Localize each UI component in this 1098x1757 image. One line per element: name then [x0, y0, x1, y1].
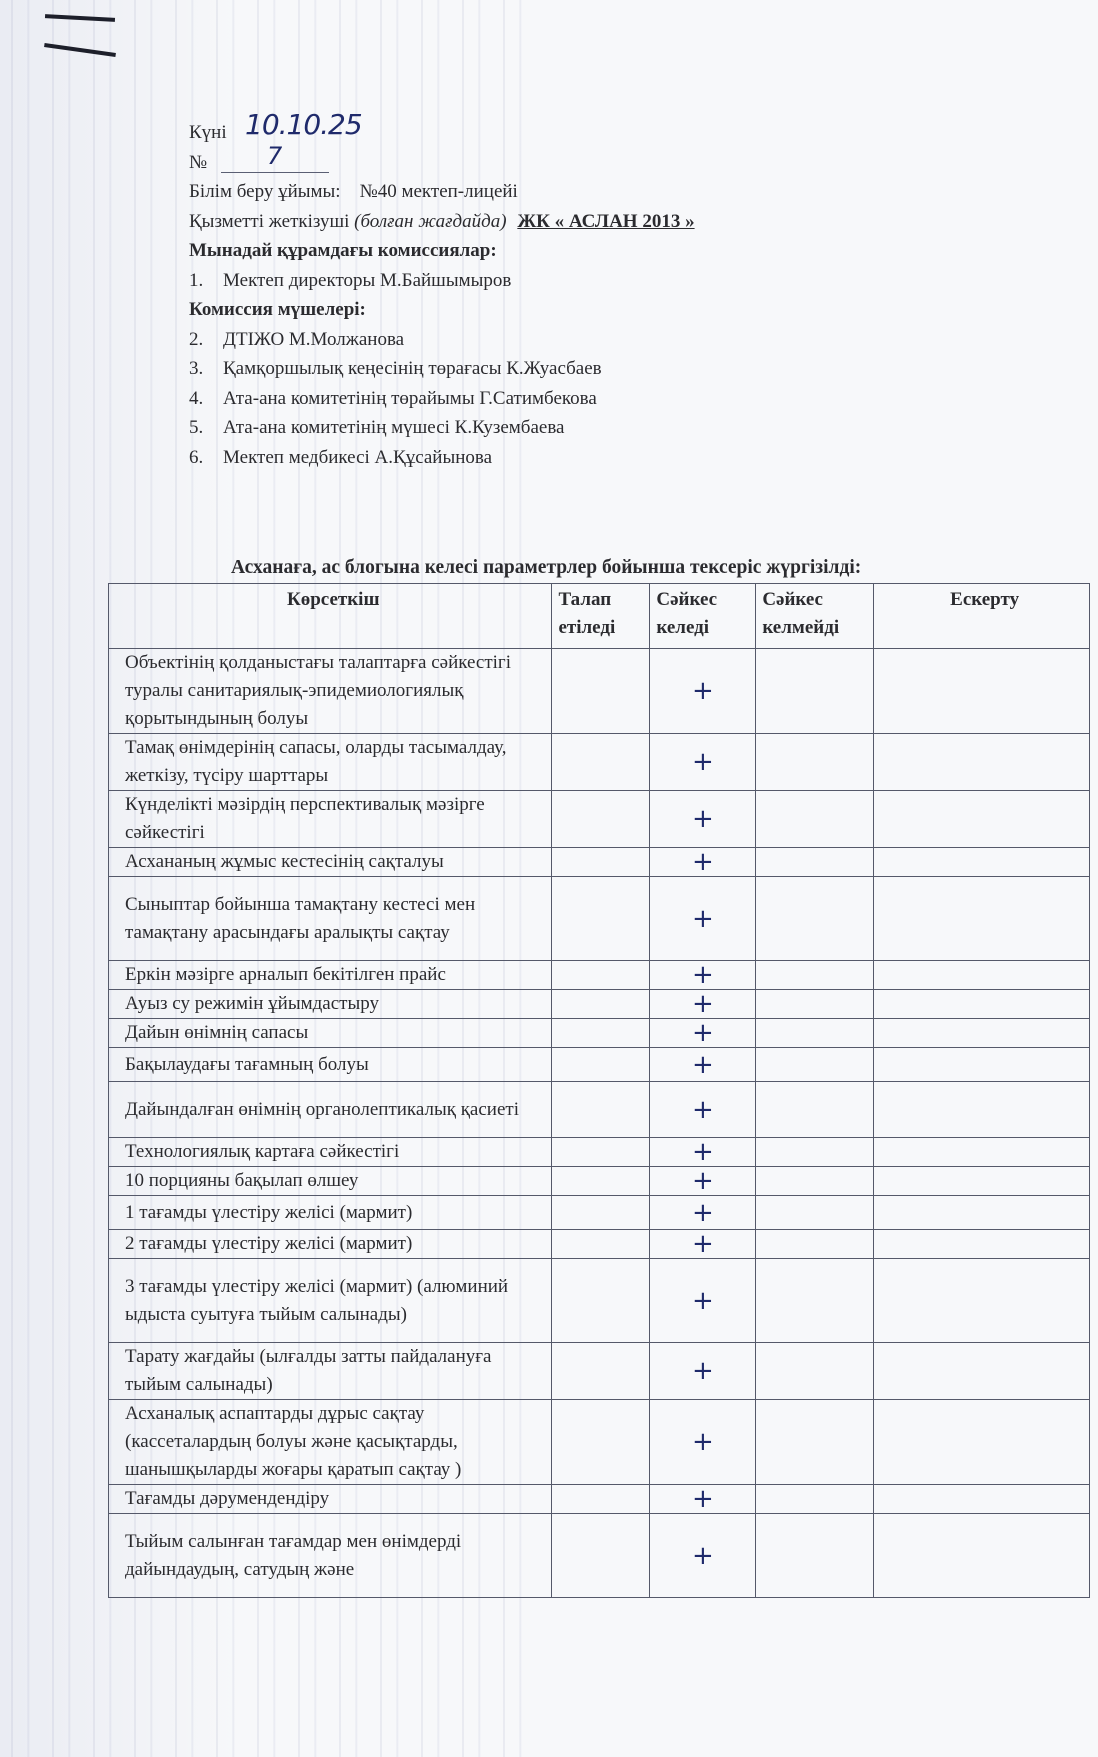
indicator-cell: Асханалық аспаптарды дұрыс сақтау (кассе… [109, 1400, 552, 1485]
required-cell [552, 649, 650, 734]
compliant-cell: + [650, 1196, 756, 1230]
compliant-cell: + [650, 1230, 756, 1259]
compliant-cell: + [650, 1514, 756, 1598]
required-cell [552, 1485, 650, 1514]
item-number: 3. [189, 354, 223, 384]
table-row: Тыйым салынған тағамдар мен өнімдерді да… [109, 1514, 1090, 1598]
table-row: Күнделікті мәзірдің перспективалық мәзір… [109, 791, 1090, 848]
staple-mark [45, 14, 115, 22]
indicator-cell: 10 порцияны бақылап өлшеу [109, 1167, 552, 1196]
table-row: Дайын өнімнің сапасы+ [109, 1019, 1090, 1048]
note-cell [874, 1019, 1090, 1048]
note-cell [874, 961, 1090, 990]
noncompliant-cell [756, 791, 874, 848]
required-cell [552, 961, 650, 990]
date-label: Күні [189, 122, 227, 143]
compliant-cell: + [650, 1400, 756, 1485]
noncompliant-cell [756, 1259, 874, 1343]
chair-item: 1.Мектеп директоры М.Байшымыров [189, 266, 989, 296]
indicator-cell: Дайын өнімнің сапасы [109, 1019, 552, 1048]
inspection-table: Көрсеткіш Талап етіледі Сәйкес келеді Сә… [108, 583, 1090, 1598]
table-row: 3 тағамды үлестіру желісі (мармит) (алюм… [109, 1259, 1090, 1343]
compliant-cell: + [650, 1019, 756, 1048]
members-heading: Комиссия мүшелері: [189, 295, 989, 325]
compliant-cell: + [650, 1259, 756, 1343]
compliant-cell: + [650, 649, 756, 734]
note-cell [874, 1196, 1090, 1230]
noncompliant-cell [756, 1343, 874, 1400]
date-line: Күні 10.10.25 [189, 118, 989, 148]
note-cell [874, 848, 1090, 877]
required-cell [552, 1019, 650, 1048]
compliant-cell: + [650, 990, 756, 1019]
table-title: Асханаға, ас блогына келесі параметрлер … [231, 557, 861, 579]
item-text: ДТІЖО М.Молжанова [223, 329, 404, 350]
number-underline [221, 172, 329, 173]
indicator-cell: Ауыз су режимін ұйымдастыру [109, 990, 552, 1019]
table-row: Ауыз су режимін ұйымдастыру+ [109, 990, 1090, 1019]
indicator-cell: Тарату жағдайы (ылғалды затты пайдалануғ… [109, 1343, 552, 1400]
item-number: 4. [189, 384, 223, 414]
member-item: 6.Мектеп медбикесі А.Құсайынова [189, 443, 989, 473]
noncompliant-cell [756, 1138, 874, 1167]
noncompliant-cell [756, 1230, 874, 1259]
table-row: Объектінің қолданыстағы талаптарға сәйке… [109, 649, 1090, 734]
column-header-required: Талап етіледі [552, 584, 650, 649]
table-row: Дайындалған өнімнің органолептикалық қас… [109, 1082, 1090, 1138]
indicator-cell: Сыныптар бойынша тамақтану кестесі мен т… [109, 877, 552, 961]
compliant-cell: + [650, 791, 756, 848]
note-cell [874, 990, 1090, 1019]
table-row: Асхананың жұмыс кестесінің сақталуы+ [109, 848, 1090, 877]
noncompliant-cell [756, 1485, 874, 1514]
item-number: 6. [189, 443, 223, 473]
organization-line: Білім беру ұйымы: №40 мектеп-лицейі [189, 177, 989, 207]
required-cell [552, 1514, 650, 1598]
note-cell [874, 1400, 1090, 1485]
table-row: Еркін мәзірге арналып бекітілген прайс+ [109, 961, 1090, 990]
number-value: 7 [267, 142, 281, 172]
member-item: 3.Қамқоршылық кеңесінің төрағасы К.Жуасб… [189, 354, 989, 384]
compliant-cell: + [650, 1167, 756, 1196]
required-cell [552, 1259, 650, 1343]
note-cell [874, 1343, 1090, 1400]
item-text: Қамқоршылық кеңесінің төрағасы К.Жуасбае… [223, 358, 602, 379]
commission-heading: Мынадай құрамдағы комиссиялар: [189, 236, 989, 266]
item-number: 5. [189, 413, 223, 443]
organization-value: №40 мектеп-лицейі [360, 181, 518, 202]
table-header-row: Көрсеткіш Талап етіледі Сәйкес келеді Сә… [109, 584, 1090, 649]
provider-note: (болған жағдайда) [354, 211, 506, 232]
indicator-cell: Дайындалған өнімнің органолептикалық қас… [109, 1082, 552, 1138]
indicator-cell: Еркін мәзірге арналып бекітілген прайс [109, 961, 552, 990]
noncompliant-cell [756, 990, 874, 1019]
column-header-indicator: Көрсеткіш [109, 584, 552, 649]
required-cell [552, 1167, 650, 1196]
noncompliant-cell [756, 1082, 874, 1138]
note-cell [874, 1259, 1090, 1343]
noncompliant-cell [756, 1048, 874, 1082]
column-header-note: Ескерту [874, 584, 1090, 649]
noncompliant-cell [756, 1400, 874, 1485]
required-cell [552, 1400, 650, 1485]
provider-line: Қызметті жеткізуші (болған жағдайда) ЖК … [189, 207, 989, 237]
required-cell [552, 1196, 650, 1230]
provider-label: Қызметті жеткізуші [189, 211, 349, 232]
table-row: Технологиялық картаға сәйкестігі+ [109, 1138, 1090, 1167]
item-number: 2. [189, 325, 223, 355]
item-text: Мектеп директоры М.Байшымыров [223, 270, 511, 291]
table-row: Бақылаудағы тағамның болуы+ [109, 1048, 1090, 1082]
note-cell [874, 1167, 1090, 1196]
number-label: № [189, 152, 207, 173]
required-cell [552, 877, 650, 961]
required-cell [552, 734, 650, 791]
required-cell [552, 1343, 650, 1400]
indicator-cell: Технологиялық картаға сәйкестігі [109, 1138, 552, 1167]
noncompliant-cell [756, 1514, 874, 1598]
member-item: 5.Ата-ана комитетінің мүшесі К.Кузембаев… [189, 413, 989, 443]
compliant-cell: + [650, 961, 756, 990]
table-row: 2 тағамды үлестіру желісі (мармит)+ [109, 1230, 1090, 1259]
indicator-cell: Асхананың жұмыс кестесінің сақталуы [109, 848, 552, 877]
indicator-cell: 2 тағамды үлестіру желісі (мармит) [109, 1230, 552, 1259]
note-cell [874, 1230, 1090, 1259]
table-row: Асханалық аспаптарды дұрыс сақтау (кассе… [109, 1400, 1090, 1485]
indicator-cell: 1 тағамды үлестіру желісі (мармит) [109, 1196, 552, 1230]
organization-label: Білім беру ұйымы: [189, 181, 341, 202]
note-cell [874, 877, 1090, 961]
indicator-cell: Тағамды дәрумендендіру [109, 1485, 552, 1514]
column-header-noncompliant: Сәйкес келмейді [756, 584, 874, 649]
note-cell [874, 734, 1090, 791]
compliant-cell: + [650, 877, 756, 961]
noncompliant-cell [756, 1196, 874, 1230]
item-text: Ата-ана комитетінің төрайымы Г.Сатимбеко… [223, 388, 597, 409]
noncompliant-cell [756, 649, 874, 734]
table-row: Тағамды дәрумендендіру+ [109, 1485, 1090, 1514]
required-cell [552, 848, 650, 877]
noncompliant-cell [756, 1019, 874, 1048]
column-header-compliant: Сәйкес келеді [650, 584, 756, 649]
compliant-cell: + [650, 848, 756, 877]
indicator-cell: Тыйым салынған тағамдар мен өнімдерді да… [109, 1514, 552, 1598]
noncompliant-cell [756, 734, 874, 791]
note-cell [874, 1514, 1090, 1598]
table-row: Тамақ өнімдерінің сапасы, оларды тасымал… [109, 734, 1090, 791]
indicator-cell: Тамақ өнімдерінің сапасы, оларды тасымал… [109, 734, 552, 791]
provider-value: ЖК « АСЛАН 2013 » [517, 211, 694, 232]
indicator-cell: Күнделікті мәзірдің перспективалық мәзір… [109, 791, 552, 848]
required-cell [552, 1048, 650, 1082]
table-row: 10 порцияны бақылап өлшеу+ [109, 1167, 1090, 1196]
members-list: 2.ДТІЖО М.Молжанова3.Қамқоршылық кеңесін… [189, 325, 989, 473]
compliant-cell: + [650, 1343, 756, 1400]
compliant-cell: + [650, 1485, 756, 1514]
table-row: Сыныптар бойынша тамақтану кестесі мен т… [109, 877, 1090, 961]
document-header: Күні 10.10.25 № 7 Білім беру ұйымы: №40 … [189, 118, 989, 472]
required-cell [552, 1082, 650, 1138]
noncompliant-cell [756, 848, 874, 877]
item-number: 1. [189, 266, 223, 296]
date-value: 10.10.25 [245, 110, 362, 140]
note-cell [874, 1485, 1090, 1514]
table-row: Тарату жағдайы (ылғалды затты пайдалануғ… [109, 1343, 1090, 1400]
note-cell [874, 1082, 1090, 1138]
noncompliant-cell [756, 1167, 874, 1196]
indicator-cell: 3 тағамды үлестіру желісі (мармит) (алюм… [109, 1259, 552, 1343]
number-line: № 7 [189, 148, 989, 178]
noncompliant-cell [756, 961, 874, 990]
required-cell [552, 990, 650, 1019]
note-cell [874, 649, 1090, 734]
staple-mark [44, 43, 116, 57]
compliant-cell: + [650, 1082, 756, 1138]
noncompliant-cell [756, 877, 874, 961]
table-row: 1 тағамды үлестіру желісі (мармит)+ [109, 1196, 1090, 1230]
indicator-cell: Объектінің қолданыстағы талаптарға сәйке… [109, 649, 552, 734]
compliant-cell: + [650, 1048, 756, 1082]
member-item: 4.Ата-ана комитетінің төрайымы Г.Сатимбе… [189, 384, 989, 414]
required-cell [552, 1230, 650, 1259]
item-text: Ата-ана комитетінің мүшесі К.Кузембаева [223, 417, 564, 438]
compliant-cell: + [650, 1138, 756, 1167]
note-cell [874, 791, 1090, 848]
compliant-cell: + [650, 734, 756, 791]
chair-list: 1.Мектеп директоры М.Байшымыров [189, 266, 989, 296]
required-cell [552, 1138, 650, 1167]
member-item: 2.ДТІЖО М.Молжанова [189, 325, 989, 355]
required-cell [552, 791, 650, 848]
indicator-cell: Бақылаудағы тағамның болуы [109, 1048, 552, 1082]
note-cell [874, 1048, 1090, 1082]
note-cell [874, 1138, 1090, 1167]
item-text: Мектеп медбикесі А.Құсайынова [223, 447, 492, 468]
